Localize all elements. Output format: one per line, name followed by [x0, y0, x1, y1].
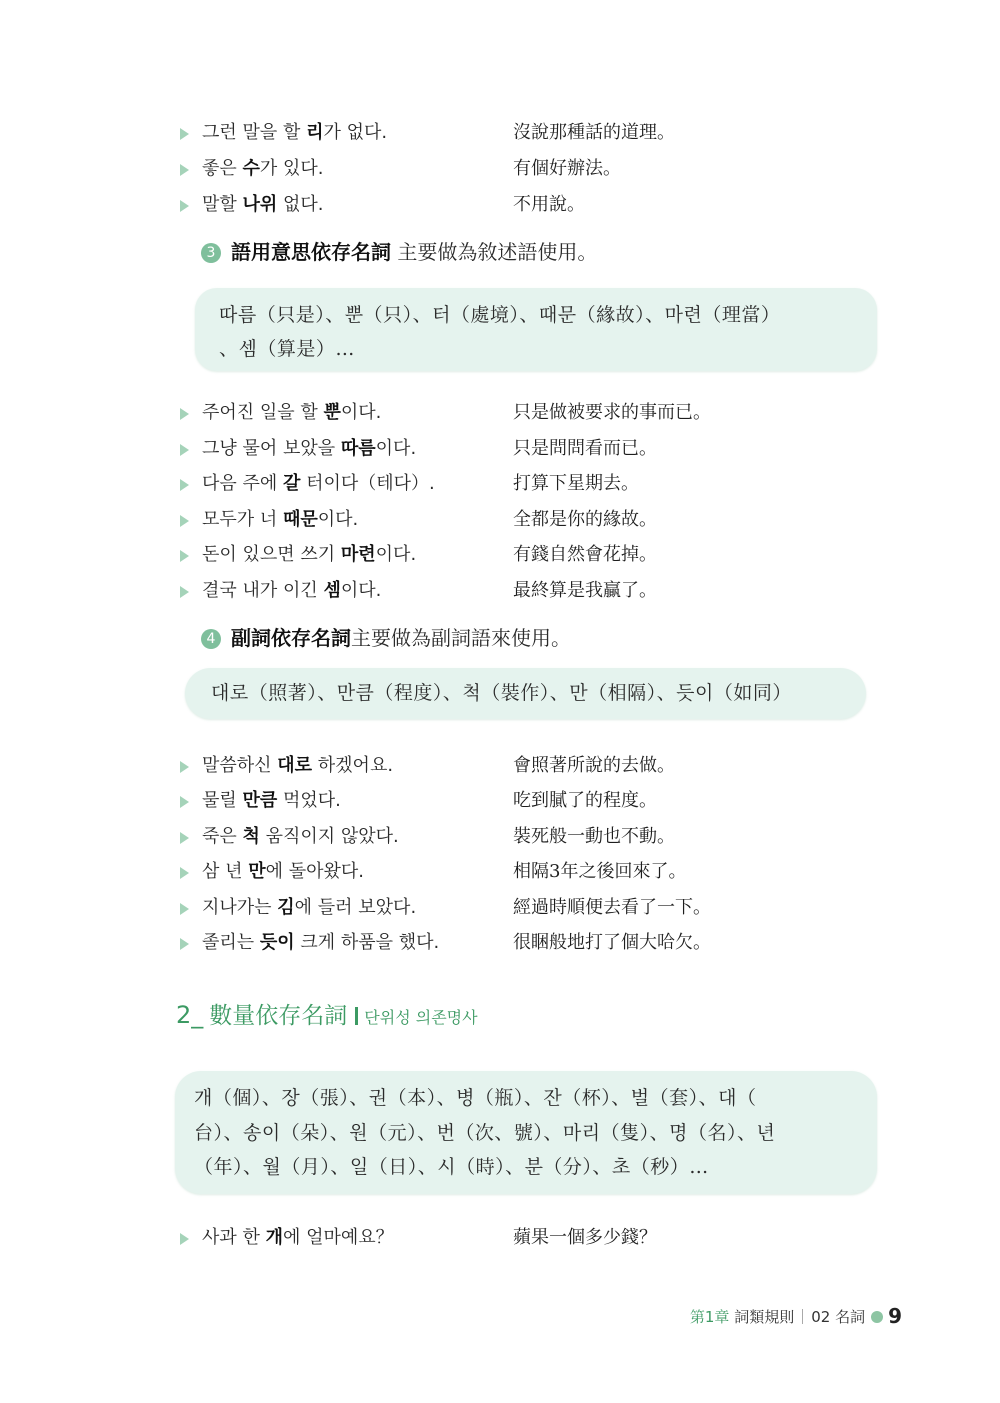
chinese-translation: 只是做被要求的事而已。	[513, 398, 711, 428]
korean-sentence: 말할 나위 없다.	[202, 190, 324, 220]
bullet-triangle-icon	[180, 867, 189, 879]
bullet-triangle-icon	[180, 761, 189, 773]
section-number: 2_	[176, 1001, 203, 1029]
chinese-translation: 會照著所說的去做。	[513, 751, 675, 781]
chinese-translation: 有錢自然會花掉。	[513, 540, 657, 570]
circled-number-icon: 4	[201, 629, 221, 649]
word-list-line: （年）、월（月）、일（日）、시（時）、분（分）、초（秒）…	[194, 1150, 709, 1184]
korean-sentence: 그런 말을 할 리가 없다.	[202, 118, 387, 148]
footer-divider	[802, 1309, 803, 1324]
korean-sentence: 죽은 척 움직이지 않았다.	[202, 822, 399, 852]
subsection-heading-4: 4副詞依存名詞主要做為副詞語來使用。	[201, 622, 571, 654]
korean-sentence: 모두가 너 때문이다.	[202, 505, 358, 535]
bullet-triangle-icon	[180, 796, 189, 808]
word-list-line: 대로（照著）、만큼（程度）、척（裝作）、만（相隔）、듯이（如同）	[211, 676, 792, 710]
chinese-translation: 最終算是我贏了。	[513, 576, 657, 606]
bullet-triangle-icon	[180, 1233, 189, 1245]
word-list-line: 、셈（算是）…	[219, 332, 355, 366]
korean-sentence: 결국 내가 이긴 셈이다.	[202, 576, 381, 606]
word-list-line: 따름（只是）、뿐（只）、터（處境）、때문（緣故）、마련（理當）	[219, 298, 780, 332]
korean-sentence: 삼 년 만에 돌아왔다.	[202, 857, 364, 887]
word-list-box: 대로（照著）、만큼（程度）、척（裝作）、만（相隔）、듯이（如同）	[185, 668, 866, 719]
bullet-triangle-icon	[180, 586, 189, 598]
bullet-triangle-icon	[180, 515, 189, 527]
subsection-title-rest: 主要做為副詞語來使用。	[351, 626, 571, 650]
bullet-triangle-icon	[180, 832, 189, 844]
korean-sentence: 지나가는 김에 들러 보았다.	[202, 893, 416, 923]
subsection-title-bold: 副詞依存名詞	[231, 626, 351, 650]
chinese-translation: 相隔3年之後回來了。	[513, 857, 686, 887]
word-list-line: 개（個）、장（張）、권（本）、병（瓶）、잔（杯）、벌（套）、대（	[194, 1081, 756, 1115]
korean-sentence: 물릴 만큼 먹었다.	[202, 786, 341, 816]
chapter-title: 詞類規則	[734, 1308, 794, 1326]
subsection-title-bold: 語用意思依存名詞	[231, 240, 391, 264]
bullet-triangle-icon	[180, 550, 189, 562]
korean-sentence: 다음 주에 갈 터이다（테다）.	[202, 469, 435, 499]
korean-sentence: 돈이 있으면 쓰기 마련이다.	[202, 540, 416, 570]
chinese-translation: 打算下星期去。	[513, 469, 639, 499]
subsection-title-rest: 主要做為敘述語使用。	[391, 240, 597, 264]
korean-sentence: 그냥 물어 보았을 따름이다.	[202, 434, 416, 464]
section-title: 2_數量依存名詞단위성 의존명사	[176, 998, 478, 1032]
page-footer: 第1章 詞類規則02 名詞9	[690, 1303, 902, 1329]
word-list-line: 台）、송이（朵）、원（元）、번（次、號）、마리（隻）、명（名）、년	[194, 1116, 775, 1150]
bullet-triangle-icon	[180, 408, 189, 420]
chinese-translation: 全都是你的緣故。	[513, 505, 657, 535]
korean-sentence: 좋은 수가 있다.	[202, 154, 324, 184]
korean-sentence: 말씀하신 대로 하겠어요.	[202, 751, 393, 781]
bullet-triangle-icon	[180, 903, 189, 915]
korean-sentence: 사과 한 개에 얼마예요？	[202, 1223, 394, 1253]
circled-number-icon: 3	[201, 243, 221, 263]
chapter-label: 第1章	[690, 1308, 730, 1326]
bullet-triangle-icon	[180, 128, 189, 140]
dot-icon	[871, 1311, 883, 1323]
bullet-triangle-icon	[180, 938, 189, 950]
chinese-translation: 不用說。	[513, 190, 585, 220]
chinese-translation: 蘋果一個多少錢？	[513, 1223, 657, 1253]
chinese-translation: 吃到膩了的程度。	[513, 786, 657, 816]
chinese-translation: 只是問問看而已。	[513, 434, 657, 464]
chinese-translation: 經過時順便去看了一下。	[513, 893, 711, 923]
chinese-translation: 裝死般一動也不動。	[513, 822, 675, 852]
chinese-translation: 沒說那種話的道理。	[513, 118, 675, 148]
chinese-translation: 很睏般地打了個大哈欠。	[513, 928, 711, 958]
bullet-triangle-icon	[180, 444, 189, 456]
bullet-triangle-icon	[180, 200, 189, 212]
bullet-triangle-icon	[180, 479, 189, 491]
word-list-box: 따름（只是）、뿐（只）、터（處境）、때문（緣故）、마련（理當） 、셈（算是）…	[195, 288, 877, 371]
chinese-translation: 有個好辦法。	[513, 154, 621, 184]
page-number: 9	[888, 1304, 902, 1328]
section-title-chinese: 數量依存名詞	[209, 1003, 347, 1029]
bullet-triangle-icon	[180, 164, 189, 176]
korean-sentence: 주어진 일을 할 뿐이다.	[202, 398, 381, 428]
section-title-korean: 단위성 의존명사	[364, 1008, 477, 1027]
subsection-heading-3: 3語用意思依存名詞 主要做為敘述語使用。	[201, 236, 597, 268]
word-list-box: 개（個）、장（張）、권（本）、병（瓶）、잔（杯）、벌（套）、대（ 台）、송이（朵…	[175, 1071, 877, 1194]
title-divider	[355, 1007, 358, 1025]
section-label: 02 名詞	[811, 1308, 865, 1326]
korean-sentence: 졸리는 듯이 크게 하품을 했다.	[202, 928, 439, 958]
